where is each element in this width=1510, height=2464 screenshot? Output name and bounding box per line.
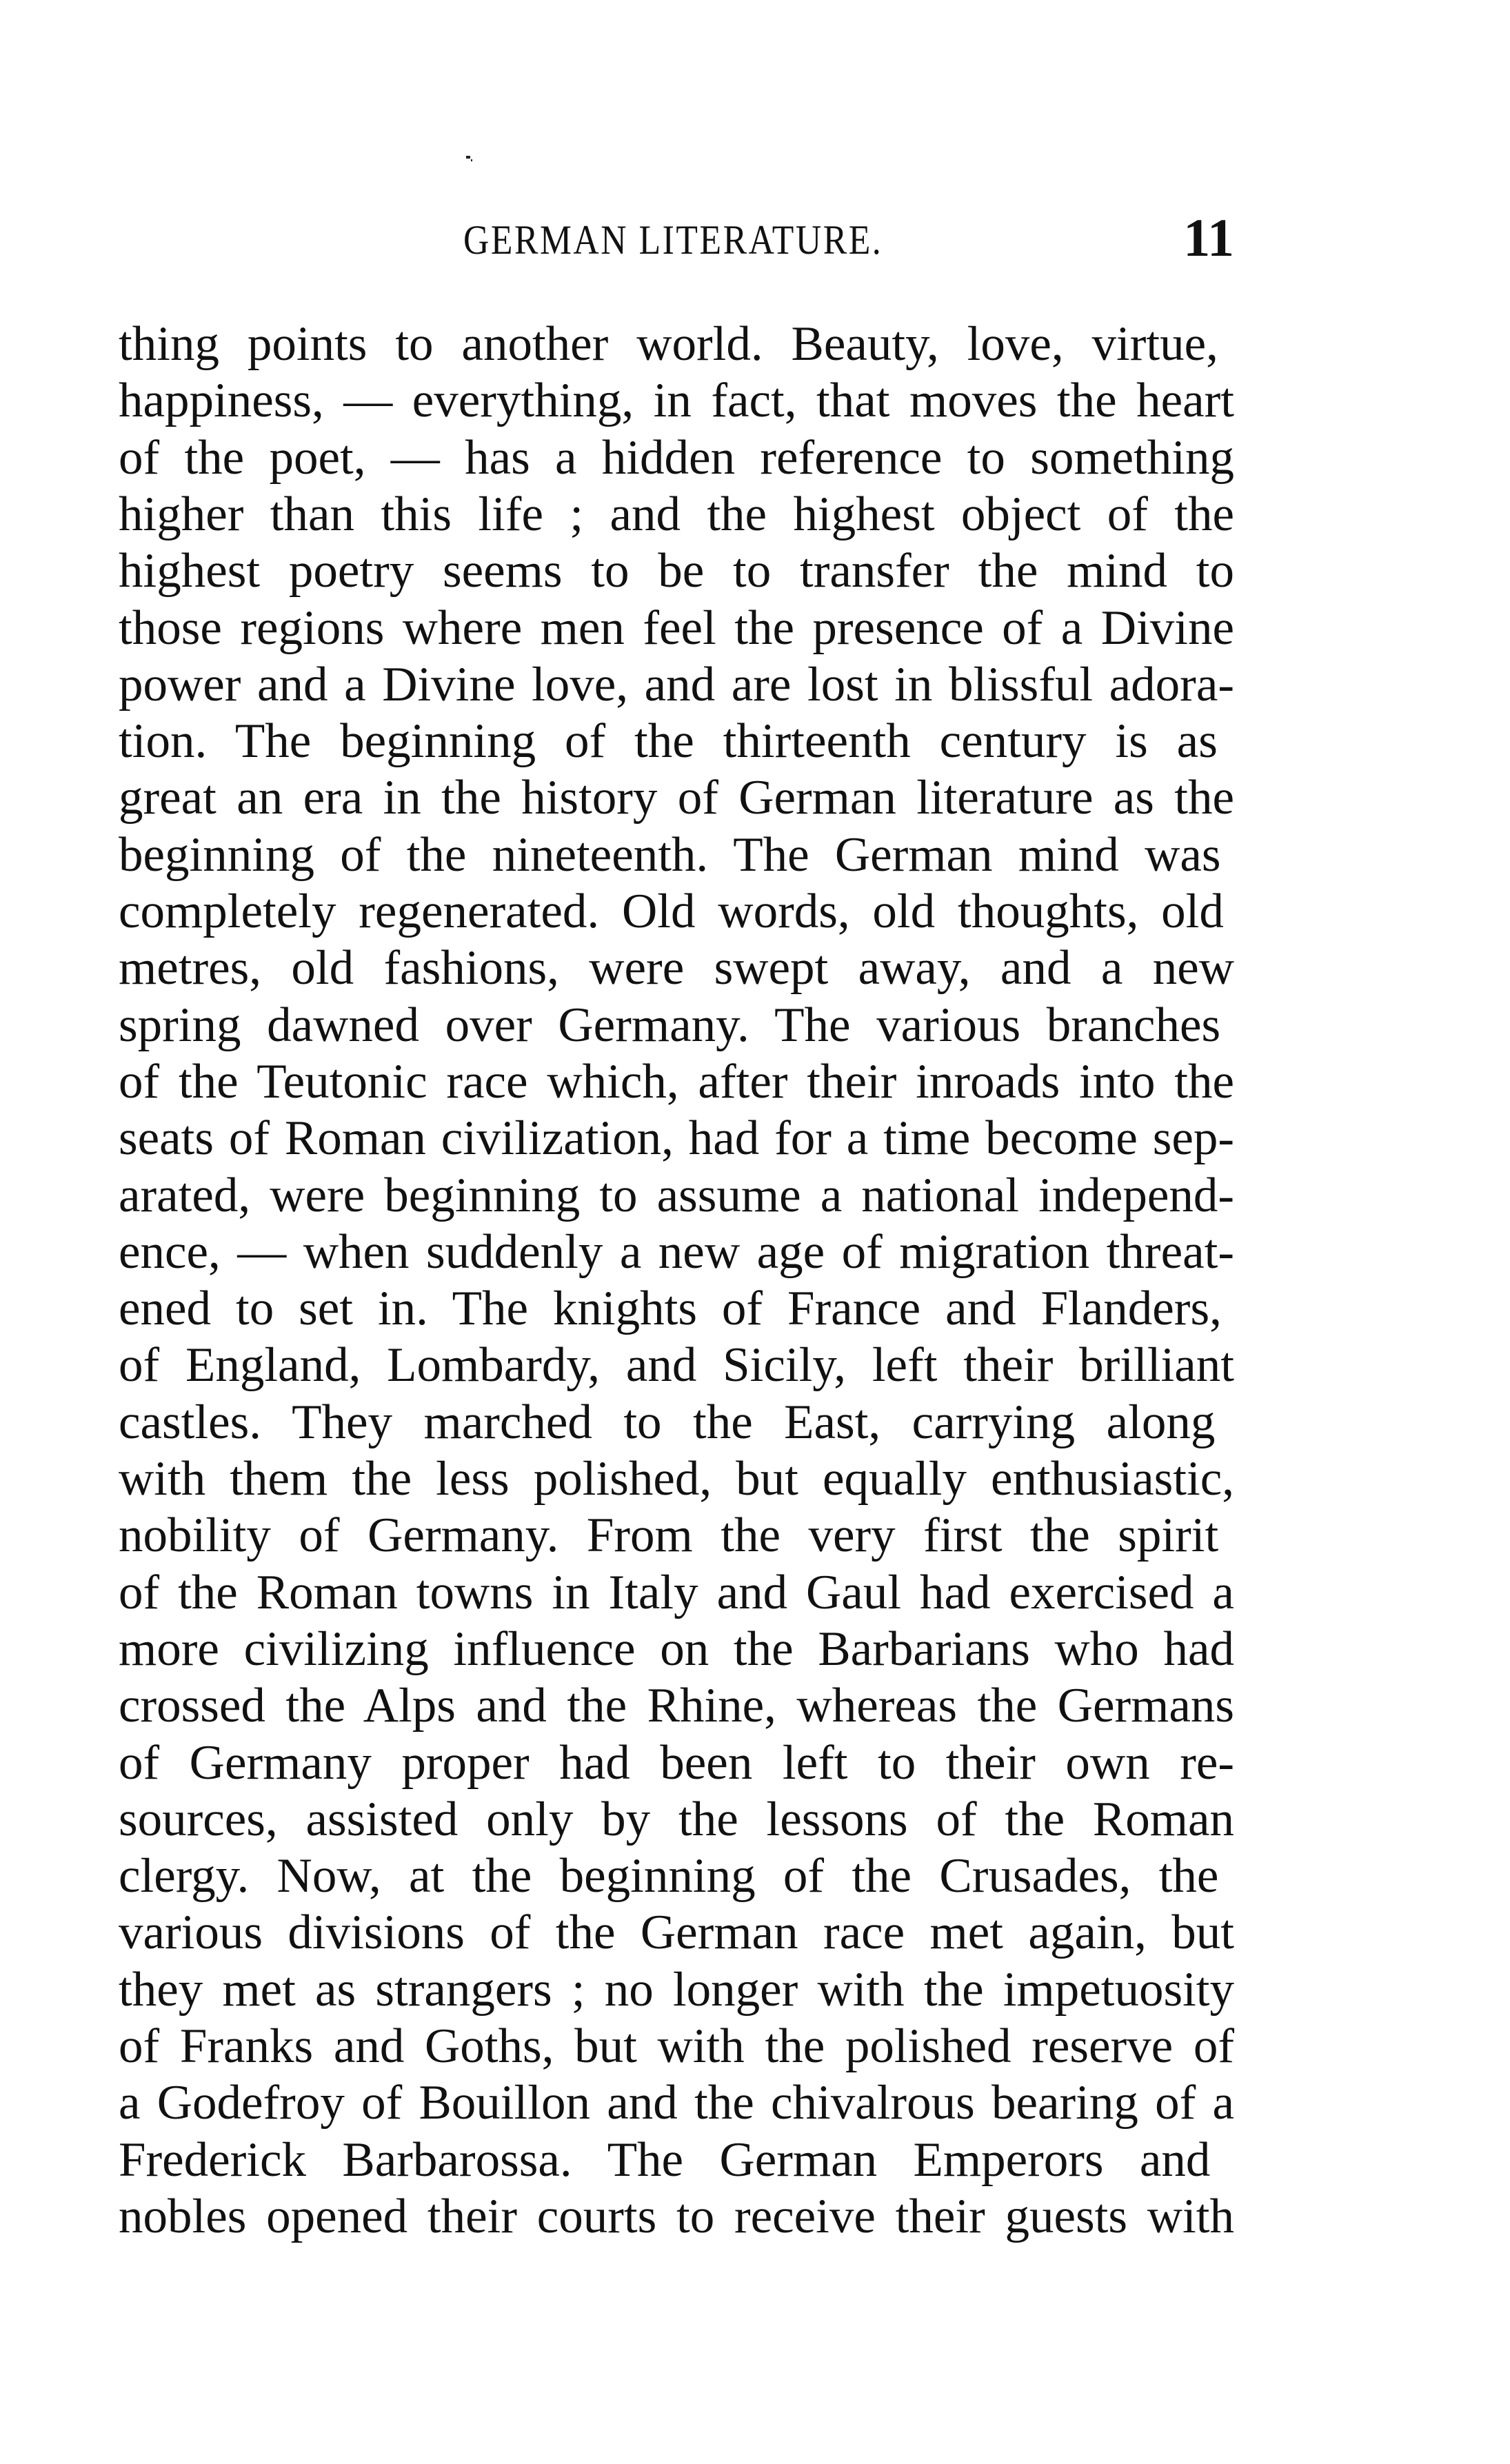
text-line: arated, were beginning to assume a natio… — [119, 1167, 1234, 1224]
page-number: 11 — [1183, 207, 1234, 269]
text-line: beginning of the nineteenth. The German … — [119, 827, 1234, 883]
text-line: clergy. Now, at the beginning of the Cru… — [119, 1848, 1234, 1904]
text-line: ence, — when suddenly a new age of migra… — [119, 1224, 1234, 1280]
text-line: highest poetry seems to be to transfer t… — [119, 543, 1234, 599]
text-line: thing points to another world. Beauty, l… — [119, 316, 1234, 372]
text-line: of the Teutonic race which, after their … — [119, 1053, 1234, 1110]
text-line: ened to set in. The knights of France an… — [119, 1280, 1234, 1337]
text-line: nobles opened their courts to receive th… — [119, 2188, 1234, 2245]
text-line: spring dawned over Germany. The various … — [119, 997, 1234, 1053]
running-head: GERMAN LITERATURE. 11 — [119, 207, 1234, 269]
text-line: nobility of Germany. From the very first… — [119, 1507, 1234, 1564]
text-line: tion. The beginning of the thirteenth ce… — [119, 713, 1234, 769]
text-line: seats of Roman civilization, had for a t… — [119, 1110, 1234, 1167]
running-title: GERMAN LITERATURE. — [463, 216, 883, 264]
text-line: crossed the Alps and the Rhine, whereas … — [119, 1677, 1234, 1734]
text-line: those regions where men feel the presenc… — [119, 600, 1234, 656]
text-line: higher than this life ; and the highest … — [119, 486, 1234, 543]
text-line: of Germany proper had been left to their… — [119, 1735, 1234, 1791]
text-line: of the poet, — has a hidden reference to… — [119, 430, 1234, 486]
text-line: with them the less polished, but equally… — [119, 1451, 1234, 1507]
text-line: of the Roman towns in Italy and Gaul had… — [119, 1564, 1234, 1621]
scan-speck — [471, 159, 472, 161]
text-line: various divisions of the German race met… — [119, 1904, 1234, 1961]
text-line: they met as strangers ; no longer with t… — [119, 1961, 1234, 2018]
text-line: more civilizing influence on the Barbari… — [119, 1621, 1234, 1677]
text-line: a Godefroy of Bouillon and the chivalrou… — [119, 2074, 1234, 2131]
text-line: metres, old fashions, were swept away, a… — [119, 940, 1234, 996]
text-line: Frederick Barbarossa. The German Emperor… — [119, 2132, 1234, 2188]
text-line: castles. They marched to the East, carry… — [119, 1394, 1234, 1451]
scan-speck — [466, 156, 470, 159]
text-line: happiness, — everything, in fact, that m… — [119, 372, 1234, 429]
text-line: of England, Lombardy, and Sicily, left t… — [119, 1337, 1234, 1393]
text-line: completely regenerated. Old words, old t… — [119, 883, 1234, 940]
text-line: of Franks and Goths, but with the polish… — [119, 2018, 1234, 2074]
book-page: GERMAN LITERATURE. 11 thing points to an… — [0, 0, 1510, 2464]
text-line: power and a Divine love, and are lost in… — [119, 656, 1234, 713]
text-line: great an era in the history of German li… — [119, 769, 1234, 826]
text-line: sources, assisted only by the lessons of… — [119, 1791, 1234, 1848]
